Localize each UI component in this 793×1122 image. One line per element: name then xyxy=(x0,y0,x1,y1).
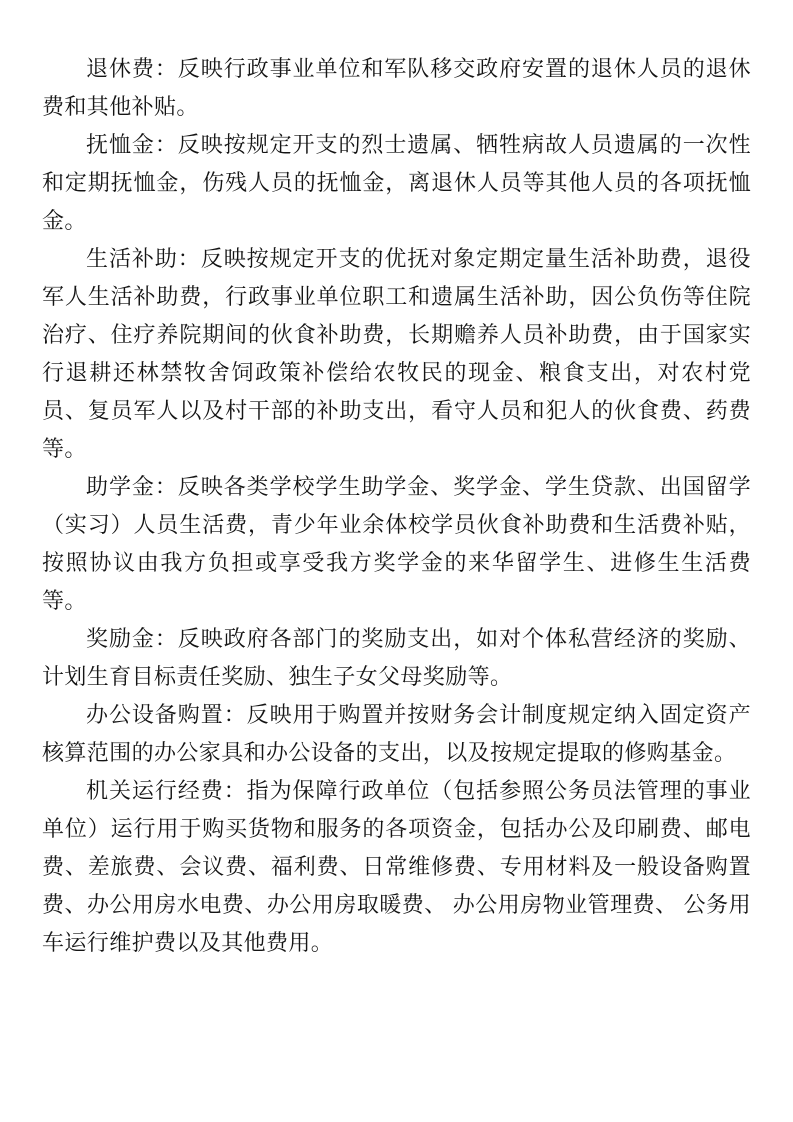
paragraph-student-grant: 助学金：反映各类学校学生助学金、奖学金、学生贷款、出国留学（实习）人员生活费，青… xyxy=(42,468,751,620)
paragraph-agency-operating-expense: 机关运行经费：指为保障行政单位（包括参照公务员法管理的事业单位）运行用于购买货物… xyxy=(42,772,751,962)
paragraph-compensation-fund: 抚恤金：反映按规定开支的烈士遗属、牺牲病故人员遗属的一次性和定期抚恤金，伤残人员… xyxy=(42,126,751,240)
paragraph-office-equipment-purchase: 办公设备购置：反映用于购置并按财务会计制度规定纳入固定资产核算范围的办公家具和办… xyxy=(42,696,751,772)
paragraph-reward-fund: 奖励金：反映政府各部门的奖励支出，如对个体私营经济的奖励、计划生育目标责任奖励、… xyxy=(42,620,751,696)
paragraph-retirement-fee: 退休费：反映行政事业单位和军队移交政府安置的退休人员的退休费和其他补贴。 xyxy=(42,50,751,126)
paragraph-living-allowance: 生活补助：反映按规定开支的优抚对象定期定量生活补助费，退役军人生活补助费，行政事… xyxy=(42,240,751,468)
document-body: 退休费：反映行政事业单位和军队移交政府安置的退休人员的退休费和其他补贴。 抚恤金… xyxy=(42,50,751,962)
document-page: 退休费：反映行政事业单位和军队移交政府安置的退休人员的退休费和其他补贴。 抚恤金… xyxy=(0,0,793,1122)
